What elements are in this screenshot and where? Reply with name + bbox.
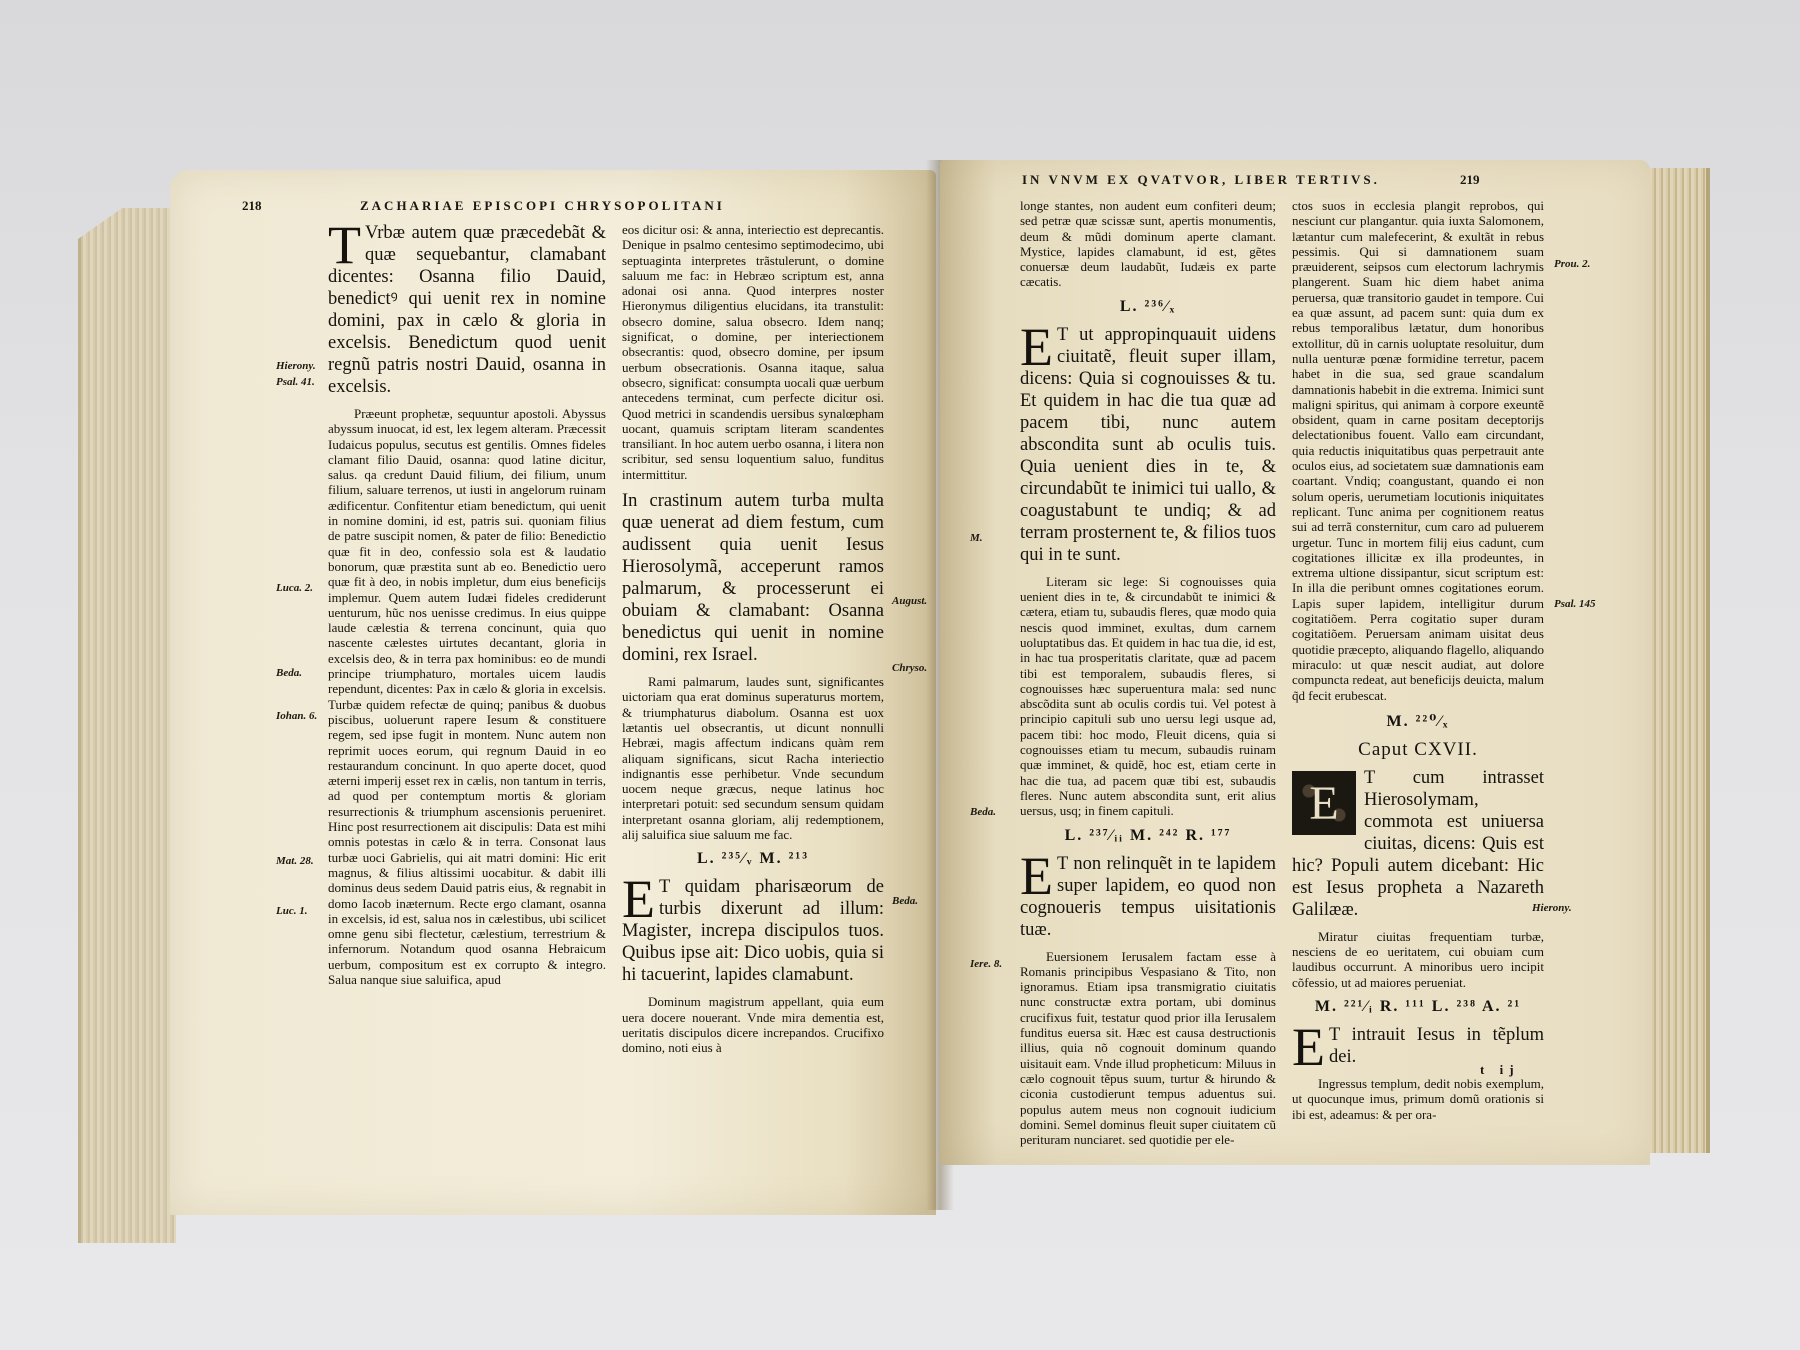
margin-note: Psal. 41.: [276, 376, 315, 388]
margin-note: Beda.: [892, 895, 918, 907]
right-column-2: ctos suos in ecclesia plangit reprobos, …: [1292, 198, 1544, 1130]
margin-note: Iere. 8.: [970, 958, 1002, 970]
gospel-text: ET ut appropinquauit uidens ciuitatẽ, fl…: [1020, 324, 1276, 566]
running-head-left: ZACHARIAE EPISCOPI CHRYSOPOLITANI: [360, 198, 725, 214]
margin-note: Mat. 28.: [276, 855, 314, 867]
concordance-sigla: M. ²²¹⁄ᵢ R. ¹¹¹ L. ²³⁸ A. ²¹: [1292, 998, 1544, 1016]
margin-note: August.: [892, 595, 927, 607]
margin-note: Iohan. 6.: [276, 710, 317, 722]
margin-note: Beda.: [276, 667, 302, 679]
commentary-text: eos dicitur osi: & anna, interiectio est…: [622, 222, 884, 482]
commentary-text: Literam sic lege: Si cognouisses quia ue…: [1020, 574, 1276, 819]
concordance-sigla: M. ²²⁰⁄ₓ: [1292, 711, 1544, 731]
gospel-text: ET non relinquẽt in te lapidem super lap…: [1020, 853, 1276, 941]
left-column-1: TVrbæ autem quæ præcedebãt & quæ sequeba…: [328, 222, 606, 995]
commentary-text: Miratur ciuitas frequentiam turbæ, nesci…: [1292, 929, 1544, 990]
gospel-text-ornate: E T cum intrasset Hierosolymam, commota …: [1292, 767, 1544, 921]
gospel-text: ET quidam pharisæorum de turbis dixerunt…: [622, 876, 884, 986]
gospel-text: In crastinum autem turba multa quæ uener…: [622, 490, 884, 666]
commentary-text: Ingressus templum, dedit nobis exemplum,…: [1292, 1076, 1544, 1122]
margin-note: Hierony.: [276, 360, 316, 372]
left-column-2: eos dicitur osi: & anna, interiectio est…: [622, 222, 884, 1064]
commentary-text: Dominum magistrum appellant, quia eum ue…: [622, 994, 884, 1055]
margin-note: M.: [970, 532, 983, 544]
commentary-text: Euersionem Ierusalem factam esse à Roman…: [1020, 949, 1276, 1148]
margin-note: Hierony.: [1532, 902, 1572, 914]
running-head-right: IN VNVM EX QVATVOR, LIBER TERTIVS.: [1022, 172, 1380, 188]
commentary-text: longe stantes, non audent eum confiteri …: [1020, 198, 1276, 290]
page-edges-left: [78, 208, 176, 1243]
concordance-sigla: L. ²³⁷⁄ᵢᵢ M. ²⁴² R. ¹⁷⁷: [1020, 827, 1276, 845]
commentary-text: Præeunt prophetæ, sequuntur apostoli. Ab…: [328, 406, 606, 987]
concordance-sigla: L. ²³⁵⁄ᵥ M. ²¹³: [622, 850, 884, 868]
margin-note: Beda.: [970, 806, 996, 818]
chapter-heading: Caput CXVII.: [1292, 739, 1544, 761]
signature-mark: t ij: [1480, 1062, 1520, 1078]
photo-scene: 218 ZACHARIAE EPISCOPI CHRYSOPOLITANI TV…: [0, 0, 1800, 1350]
margin-note: Luca. 2.: [276, 582, 313, 594]
margin-note: Luc. 1.: [276, 905, 307, 917]
commentary-text: Rami palmarum, laudes sunt, significante…: [622, 674, 884, 842]
left-page: 218 ZACHARIAE EPISCOPI CHRYSOPOLITANI TV…: [170, 170, 936, 1215]
gospel-text: TVrbæ autem quæ præcedebãt & quæ sequeba…: [328, 222, 606, 398]
right-page: IN VNVM EX QVATVOR, LIBER TERTIVS. 219 l…: [940, 160, 1650, 1165]
right-column-1: longe stantes, non audent eum confiteri …: [1020, 198, 1276, 1155]
margin-note: Chryso.: [892, 662, 927, 674]
commentary-text: ctos suos in ecclesia plangit reprobos, …: [1292, 198, 1544, 703]
ornate-initial-icon: E: [1292, 771, 1356, 835]
margin-note: Prou. 2.: [1554, 258, 1590, 270]
margin-note: Psal. 145: [1554, 598, 1596, 610]
concordance-sigla: L. ²³⁶⁄ₓ: [1020, 298, 1276, 316]
folio-right: 219: [1460, 172, 1480, 188]
open-book: 218 ZACHARIAE EPISCOPI CHRYSOPOLITANI TV…: [78, 160, 1798, 1240]
folio-left: 218: [242, 198, 262, 214]
